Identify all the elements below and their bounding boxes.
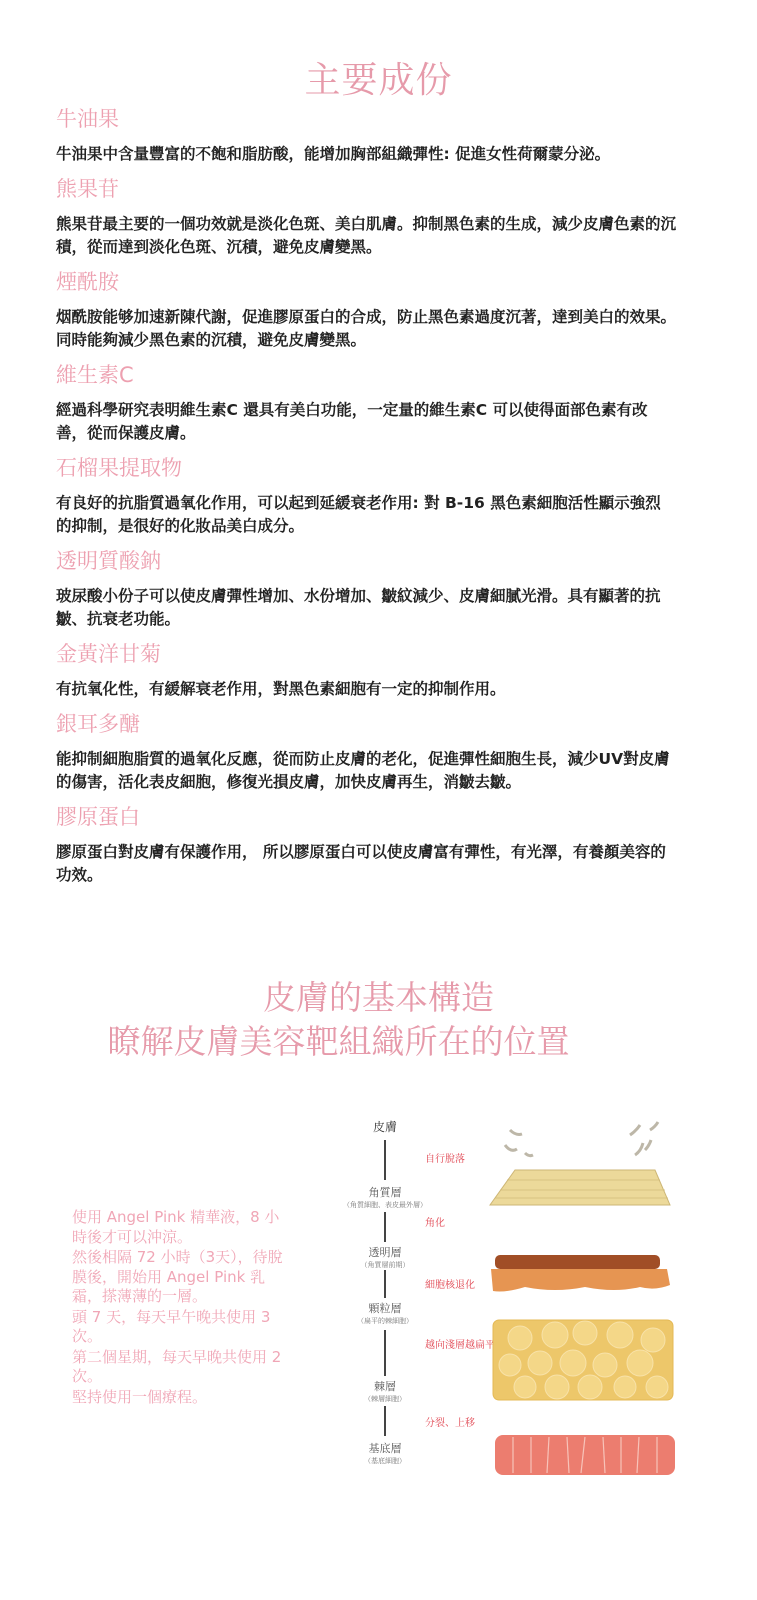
ingredient-name: 維生素C (56, 360, 676, 390)
arrow-line (384, 1140, 386, 1180)
ingredient-item: 金黃洋甘菊 有抗氧化性，有緩解衰老作用，對黑色素細胞有一定的抑制作用。 (56, 639, 676, 701)
ingredient-desc: 玻尿酸小份子可以使皮膚彈性增加、水份增加、皺紋減少、皮膚細膩光滑。具有顯著的抗皺… (56, 585, 676, 631)
layer-sub: （角質層前期） (335, 1260, 435, 1270)
ingredient-desc: 牛油果中含量豐富的不飽和脂肪酸，能增加胸部組織彈性: 促進女性荷爾蒙分泌。 (56, 143, 676, 166)
layer-sub: （角質細胞、表皮最外層） (335, 1200, 435, 1210)
layer-name: 棘層 (345, 1378, 425, 1394)
ingredient-item: 銀耳多醣 能抑制細胞脂質的過氧化反應，從而防止皮膚的老化，促進彈性細胞生長，減少… (56, 709, 676, 794)
layer-name: 角質層 (345, 1184, 425, 1200)
ingredient-desc: 有抗氧化性，有緩解衰老作用，對黑色素細胞有一定的抑制作用。 (56, 678, 676, 701)
skin-layer-diagram: 皮膚 自行脫落 角質層 （角質細胞、表皮最外層） 角化 透明層 （角質層前期） … (345, 1110, 505, 1490)
ingredient-item: 維生素C 經過科學研究表明維生素C 還具有美白功能，一定量的維生素C 可以使得面… (56, 360, 676, 445)
layer-name: 顆粒層 (345, 1300, 425, 1316)
usage-line: 使用 Angel Pink 精華液，8 小時後才可以沖涼。 (72, 1208, 292, 1247)
ingredient-desc: 經過科學研究表明維生素C 還具有美白功能，一定量的維生素C 可以使得面部色素有改… (56, 399, 676, 445)
ingredient-name: 金黃洋甘菊 (56, 639, 676, 669)
ingredient-name: 銀耳多醣 (56, 709, 676, 739)
ingredient-item: 煙酰胺 烟酰胺能够加速新陳代謝，促進膠原蛋白的合成，防止黑色素過度沉著，達到美白… (56, 267, 676, 352)
section-title-skin-structure: 皮膚的基本構造 (0, 972, 757, 1019)
layer-name: 基底層 (345, 1440, 425, 1456)
flakes-icon (505, 1122, 658, 1156)
ingredient-desc: 熊果苷最主要的一個功效就是淡化色斑、美白肌膚。抑制黑色素的生成，減少皮膚色素的沉… (56, 213, 676, 259)
layer-sub: （基底細胞） (335, 1456, 435, 1466)
ingredient-item: 熊果苷 熊果苷最主要的一個功效就是淡化色斑、美白肌膚。抑制黑色素的生成，減少皮膚… (56, 174, 676, 259)
ingredients-list: 牛油果 牛油果中含量豐富的不飽和脂肪酸，能增加胸部組織彈性: 促進女性荷爾蒙分泌… (56, 104, 676, 895)
skin-layers-illustration (485, 1105, 685, 1505)
layer-name: 透明層 (345, 1244, 425, 1260)
page-title: 主要成份 (0, 52, 757, 103)
ingredient-name: 熊果苷 (56, 174, 676, 204)
ingredient-item: 牛油果 牛油果中含量豐富的不飽和脂肪酸，能增加胸部組織彈性: 促進女性荷爾蒙分泌… (56, 104, 676, 166)
ingredient-desc: 能抑制細胞脂質的過氧化反應，從而防止皮膚的老化，促進彈性細胞生長，減少UV對皮膚… (56, 748, 676, 794)
process-label: 分裂、上移 (425, 1414, 475, 1429)
ingredient-desc: 烟酰胺能够加速新陳代謝，促進膠原蛋白的合成，防止黑色素過度沉著，達到美白的效果。… (56, 306, 676, 352)
ingredient-item: 石榴果提取物 有良好的抗脂質過氧化作用，可以起到延緩衰老作用: 對 B-16 黑… (56, 453, 676, 538)
ingredient-name: 煙酰胺 (56, 267, 676, 297)
usage-line: 然後相隔 72 小時（3天），待脫膜後，開始用 Angel Pink 乳霜，搽薄… (72, 1248, 292, 1307)
layer-sub: （扁平的棘細胞） (335, 1316, 435, 1326)
arrow-line (384, 1270, 386, 1298)
process-label: 細胞核退化 (425, 1276, 475, 1291)
process-label: 角化 (425, 1214, 445, 1229)
layer-sub: （棘層細胞） (335, 1394, 435, 1404)
ingredient-name: 膠原蛋白 (56, 802, 676, 832)
process-label: 自行脫落 (425, 1150, 465, 1165)
arrow-line (384, 1406, 386, 1436)
ingredient-name: 牛油果 (56, 104, 676, 134)
usage-line: 堅持使用一個療程。 (72, 1388, 292, 1408)
section-subtitle: 瞭解皮膚美容靶組織所在的位置 (0, 1016, 717, 1063)
ingredient-desc: 膠原蛋白對皮膚有保護作用， 所以膠原蛋白可以使皮膚富有彈性，有光澤，有養顏美容的… (56, 841, 676, 887)
ingredient-item: 膠原蛋白 膠原蛋白對皮膚有保護作用， 所以膠原蛋白可以使皮膚富有彈性，有光澤，有… (56, 802, 676, 887)
ingredient-name: 石榴果提取物 (56, 453, 676, 483)
usage-line: 第二個星期，每天早晚共使用 2 次。 (72, 1348, 292, 1387)
usage-instructions: 使用 Angel Pink 精華液，8 小時後才可以沖涼。 然後相隔 72 小時… (72, 1208, 292, 1408)
ingredient-name: 透明質酸鈉 (56, 546, 676, 576)
diagram-top-label: 皮膚 (345, 1118, 425, 1135)
usage-line: 頭 7 天，每天早午晚共使用 3 次。 (72, 1308, 292, 1347)
ingredient-desc: 有良好的抗脂質過氧化作用，可以起到延緩衰老作用: 對 B-16 黑色素細胞活性顯… (56, 492, 676, 538)
ingredient-item: 透明質酸鈉 玻尿酸小份子可以使皮膚彈性增加、水份增加、皺紋減少、皮膚細膩光滑。具… (56, 546, 676, 631)
arrow-line (384, 1212, 386, 1242)
arrow-line (384, 1330, 386, 1376)
